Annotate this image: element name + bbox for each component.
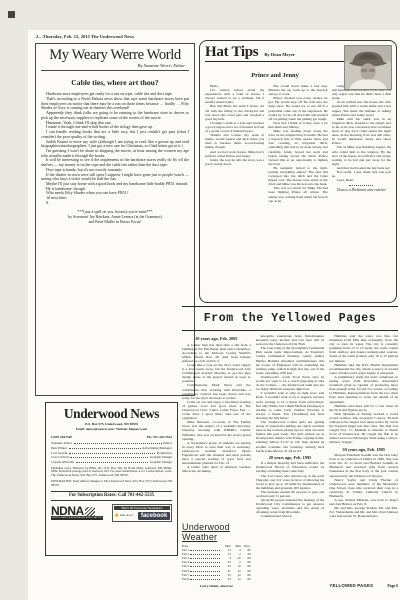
- facebook-badge: BHG's ND Community Newspapers 👍 Like us …: [112, 504, 172, 522]
- yellowed-col-2: kneophla, sauerkraut, brats, fleischkuek…: [256, 334, 325, 588]
- bhg-banner: BHG's ND Community Newspapers: [114, 506, 170, 511]
- columnist-tagline: Dean is a Dickinson area rancher: [332, 188, 391, 192]
- hat-tips-col-2: She would never make a bad step. Harness…: [268, 84, 327, 272]
- yellowed-col-1-text: A Center man has died after a fall from …: [182, 343, 251, 474]
- phone-number: Ph: 701-442-5525: [147, 435, 172, 439]
- yellowed-pages-columns: 10 years ago, Feb. 2005 A Center man has…: [182, 334, 398, 588]
- newspaper-page: 2—Thursday, Feb. 12, 2015 The Underwood …: [28, 30, 400, 600]
- hat-tips-text-columns: Hello,I've written before about my exper…: [205, 84, 391, 272]
- yellowed-col-3-text-b: Morgan Elizabeth Gandik was the first ba…: [329, 453, 398, 519]
- newspaper-title: Underwood News: [51, 407, 172, 420]
- scan-registration-mark: [8, 11, 15, 18]
- masthead-contact: Email: unews@westriv.com • Website: bhgn…: [51, 427, 172, 431]
- ndna-wordmark: NDNA: [51, 506, 84, 516]
- masthead-box: Underwood News P.O. Box 575, Underwood, …: [45, 402, 178, 556]
- decade-subhead-1985: 30 years ago, Feb. 1985: [329, 447, 398, 452]
- hat-tips-header: Hat Tips By Dean Meyer: [205, 45, 345, 62]
- page-folio: 2—Thursday, Feb. 12, 2015 The Underwood …: [36, 34, 134, 39]
- masthead-usps-phone-row: USPS #647540 Ph: 701-442-5525: [51, 435, 172, 439]
- hat-tips-col-3-text: trudged for home, leaving the horses, st…: [332, 84, 391, 182]
- article-body: Hardware store employees get ready for a…: [41, 92, 189, 205]
- weather-title-line1: Underwood: [182, 522, 251, 532]
- thumbs-up-icon: 👍: [114, 512, 119, 517]
- weather-table: Date Max Min Prec. Feb 1134.00Feb 2132.2…: [182, 545, 251, 581]
- postmaster-notice: POSTMASTER: Send address changes to The …: [51, 480, 172, 487]
- yellowed-col-3: Hammes said the water was fine, but mand…: [329, 334, 398, 588]
- masthead-address: P.O. Box 575, Underwood, ND 58576: [51, 422, 172, 426]
- like-us-label: 👍 Like us on: [114, 513, 133, 517]
- facebook-wordmark: facebook: [138, 512, 169, 520]
- usps-number: USPS #647540: [51, 435, 72, 439]
- subscription-bar: For Subscription Rates: Call 701-442-553…: [51, 491, 172, 501]
- werre-column-box: My Weary Werre World By Suzanne Werre, E…: [35, 43, 195, 396]
- weather-title-line2: Weather: [182, 532, 251, 542]
- yellowed-pages-header: From the Yellowed Pages: [182, 306, 398, 331]
- decade-subhead-2005: 10 years ago, Feb. 2005: [182, 336, 251, 341]
- hat-tips-byline: By Dean Meyer: [264, 52, 295, 57]
- weather-observer: Larry Dziuk, observer: [182, 584, 251, 588]
- column-footer: ***I put a spell on you, because you're …: [41, 210, 189, 225]
- story-subhead: Prince and Jenny: [205, 72, 345, 79]
- article-headline: Cable ties, where art thou?: [41, 78, 189, 87]
- dotted-separator: [349, 185, 373, 186]
- cowboy-portrait-illustration: [345, 46, 391, 89]
- yellowed-col-2-text-a: kneophla, sauerkraut, brats, fleischkuek…: [256, 334, 325, 453]
- decade-subhead-1995: 20 years ago, Feb. 1995: [256, 455, 325, 460]
- facebook-badge-row: 👍 Like us on facebook: [114, 512, 170, 520]
- yellowed-col-3-text-a: Hammes said the water was fine, but mand…: [329, 334, 398, 445]
- weather-box: Underwood Weather Date Max Min Prec. Feb…: [182, 519, 251, 588]
- ndna-tagline: NORTH DAKOTA NEWSPAPER ASSOCIATION: [51, 516, 103, 519]
- column-title: My Weary Werre World: [41, 48, 189, 63]
- hat-tips-title: Hat Tips: [205, 45, 258, 60]
- ndna-logo-top: NDNA: [51, 506, 103, 516]
- footer-credit-2: and Bette Midler in Hocus Pocus!: [41, 220, 189, 225]
- hat-tips-col-3: trudged for home, leaving the horses, st…: [332, 84, 391, 272]
- like-us-text: Like us on: [120, 513, 133, 517]
- ndna-wing-icon: [85, 507, 95, 516]
- yellowed-col-1: 10 years ago, Feb. 2005 A Center man has…: [182, 334, 251, 588]
- yellowed-col-2-text-b: If a simple majority had been sufficient…: [256, 461, 325, 518]
- jump-line: YELLOWED PAGES Page 6: [329, 581, 398, 588]
- staff-list: Suzanne WerreEditorDan WinterAdvertising…: [51, 441, 172, 464]
- columnist-photo-man-in-cowboy-hat: [344, 45, 392, 90]
- hat-tips-box: Hat Tips By Dean Meyer Prince and Jenny …: [199, 40, 397, 303]
- weather-title: Underwood Weather: [182, 522, 251, 543]
- weather-table-rows: Feb 1134.00Feb 2132.20Feb 34-10.00Feb 42…: [182, 549, 251, 581]
- jump-line-page: Page 6: [387, 584, 398, 588]
- jump-line-label: YELLOWED PAGES: [329, 583, 373, 588]
- masthead-logos: NDNA NORTH DAKOTA NEWSPAPER ASSOCIATION …: [51, 504, 172, 522]
- column-byline: By Suzanne Werre, Editor: [41, 63, 189, 71]
- ndna-logo: NDNA NORTH DAKOTA NEWSPAPER ASSOCIATION: [51, 506, 103, 520]
- published-notice: Published every Thursday by BHG, Inc., P…: [51, 467, 172, 478]
- hat-tips-col-1: Hello,I've written before about my exper…: [205, 84, 264, 272]
